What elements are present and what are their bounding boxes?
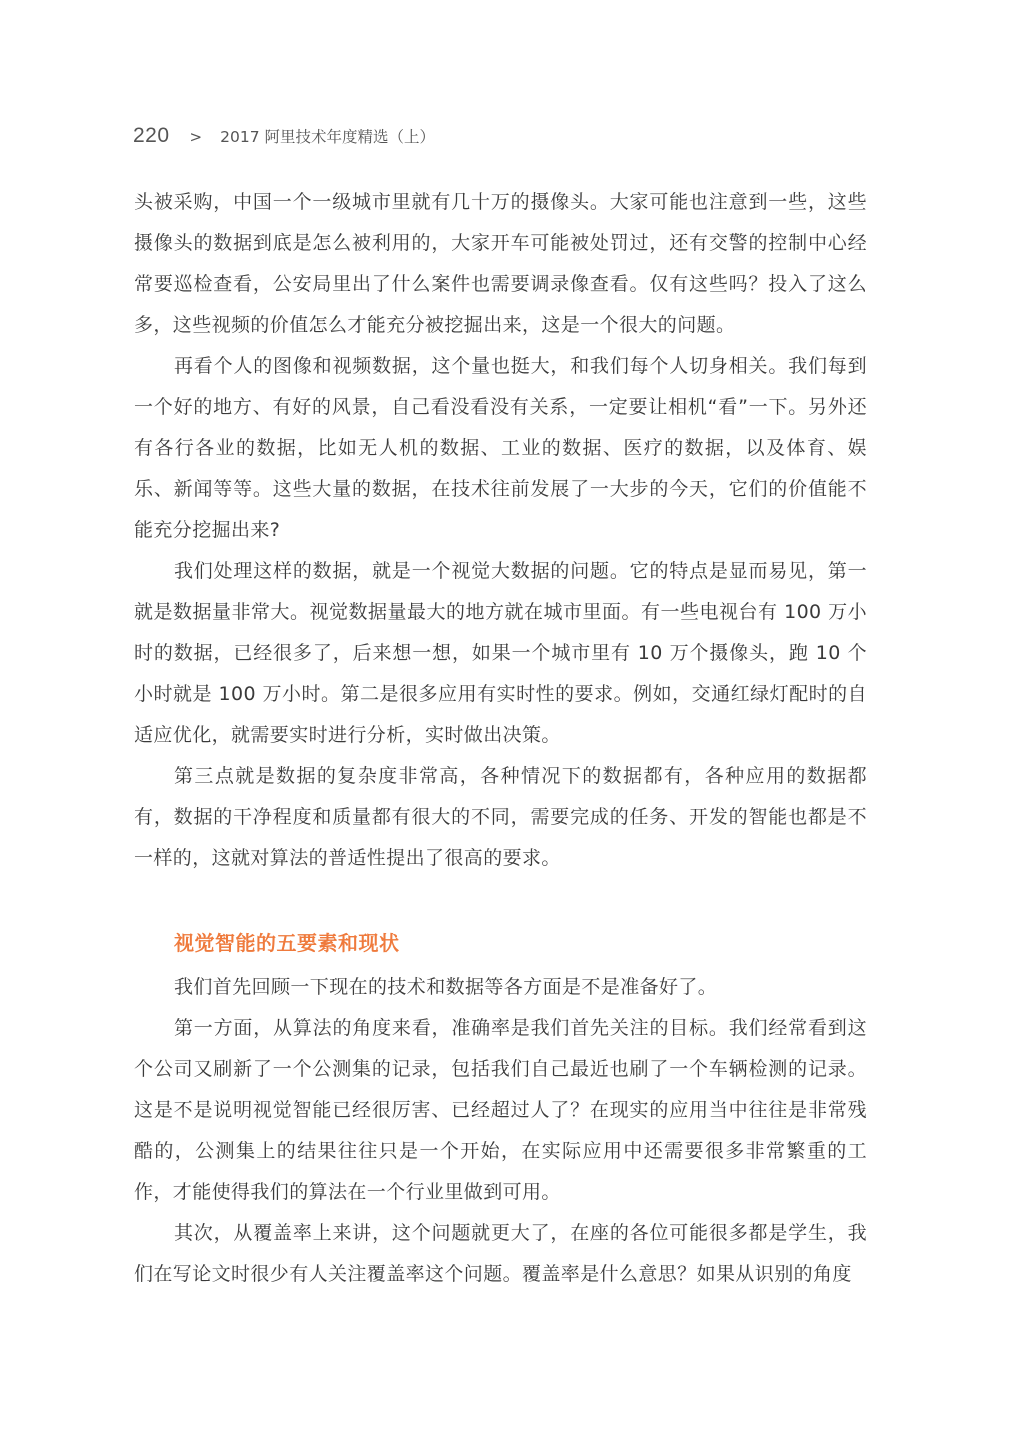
section-heading: 视觉智能的五要素和现状 [174, 925, 867, 961]
page-body: 头被采购，中国一个一级城市里就有几十万的摄像头。大家可能也注意到一些，这些摄像头… [134, 182, 867, 1295]
paragraph: 第一方面，从算法的角度来看，准确率是我们首先关注的目标。我们经常看到这个公司又刷… [134, 1008, 867, 1213]
paragraph: 我们首先回顾一下现在的技术和数据等各方面是不是准备好了。 [134, 967, 867, 1008]
paragraph: 其次，从覆盖率上来讲，这个问题就更大了，在座的各位可能很多都是学生，我们在写论文… [134, 1213, 867, 1295]
paragraph: 第三点就是数据的复杂度非常高，各种情况下的数据都有，各种应用的数据都有，数据的干… [134, 756, 867, 879]
book-title: 2017 阿里技术年度精选（上） [220, 125, 435, 147]
page-number: 220 [133, 124, 170, 148]
paragraph: 我们处理这样的数据，就是一个视觉大数据的问题。它的特点是显而易见，第一就是数据量… [134, 551, 867, 756]
running-header: 220 > 2017 阿里技术年度精选（上） [133, 124, 435, 154]
breadcrumb-separator: > [190, 128, 203, 146]
paragraph: 头被采购，中国一个一级城市里就有几十万的摄像头。大家可能也注意到一些，这些摄像头… [134, 182, 867, 346]
paragraph: 再看个人的图像和视频数据，这个量也挺大，和我们每个人切身相关。我们每到一个好的地… [134, 346, 867, 551]
